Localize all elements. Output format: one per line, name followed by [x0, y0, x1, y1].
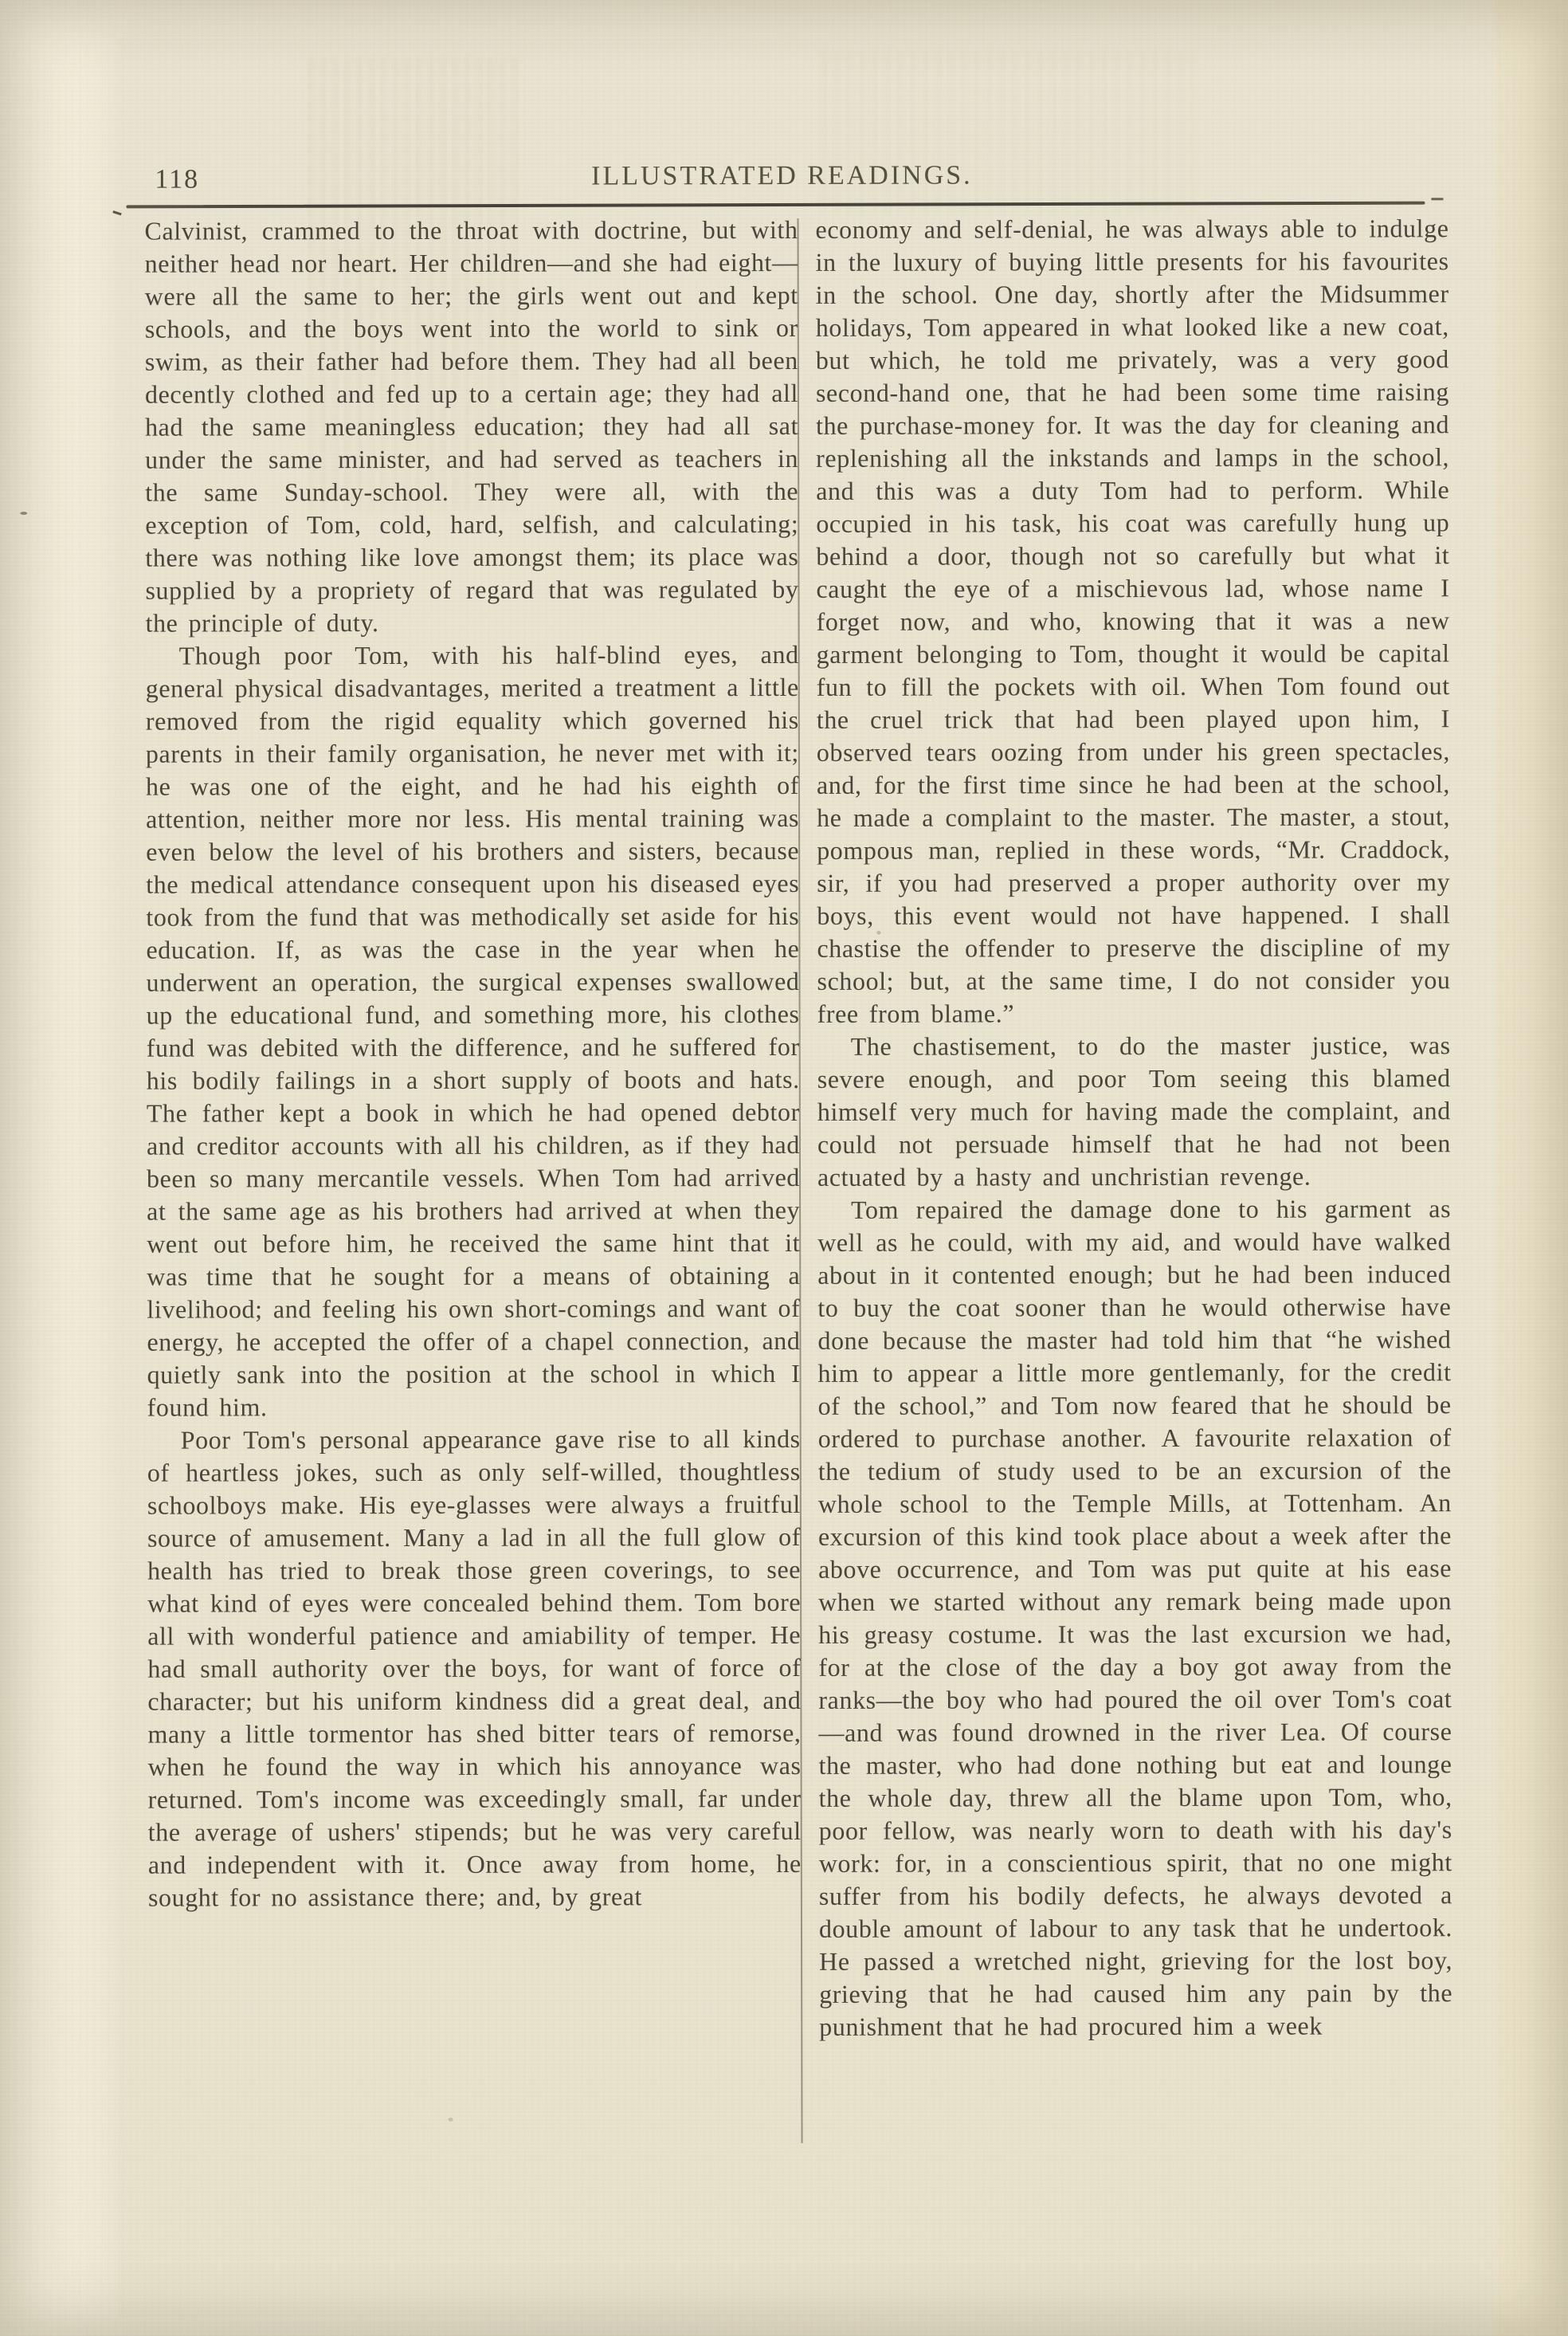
paragraph: Though poor Tom, with his half-blind eye… — [146, 638, 801, 1424]
running-header-title: ILLUSTRATED READINGS. — [0, 159, 1566, 193]
paper-speck — [20, 512, 27, 515]
scanned-book-page: { "page": { "number": "118", "header": "… — [0, 0, 1568, 2336]
paragraph: The chastisement, to do the master justi… — [817, 1029, 1451, 1194]
paper-speck — [1045, 1767, 1049, 1770]
paragraph: economy and self-denial, he was always a… — [815, 212, 1450, 1031]
paragraph: Tom repaired the damage done to his garm… — [817, 1192, 1452, 2044]
paragraph: Calvinist, crammed to the throat with do… — [144, 214, 798, 640]
text-column-left: Calvinist, crammed to the throat with do… — [144, 214, 801, 1914]
paragraph: Poor Tom's personal appearance gave rise… — [147, 1423, 802, 1914]
header-rule — [126, 202, 1425, 209]
header-rule-left-dash — [112, 210, 121, 215]
paper-speck — [876, 931, 880, 935]
header-rule-right-dash — [1431, 198, 1443, 200]
text-column-right: economy and self-denial, he was always a… — [815, 212, 1452, 2044]
page-content: 118 ILLUSTRATED READINGS. Calvinist, cra… — [0, 0, 1568, 2336]
paper-speck — [448, 2118, 453, 2122]
